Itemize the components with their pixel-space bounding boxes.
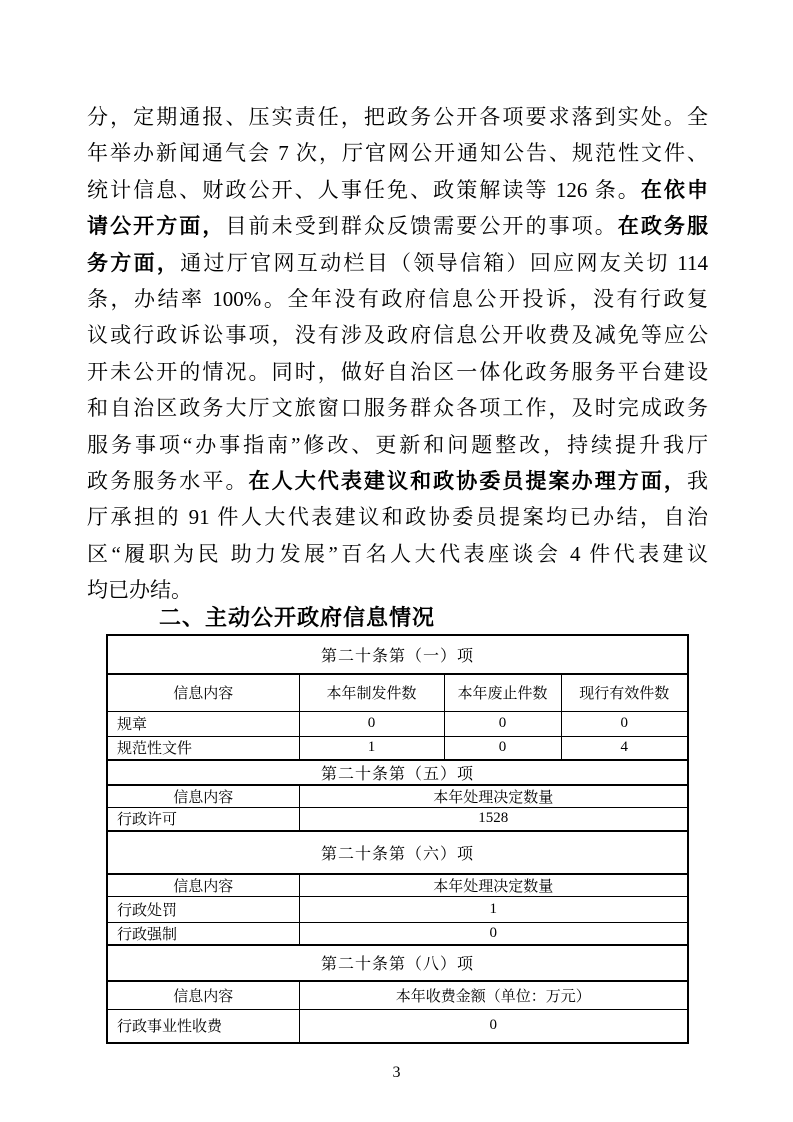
text-segment-bold: 在政务服: [618, 215, 708, 238]
table-col-header: 信息内容: [107, 874, 299, 897]
text-segment-bold: 在人大代表建议和政协委员提案办理方面，: [249, 470, 687, 493]
body-line: 和自治区政务大厅文旅窗口服务群众各项工作，及时完成政务: [87, 390, 708, 426]
table-row: 行政事业性收费 0: [107, 1010, 688, 1043]
table-section-title: 第二十条第（六）项: [107, 831, 688, 874]
table-row: 规范性文件 1 0 4: [107, 736, 688, 760]
text-segment: 通过厅官网互动栏目（领导信箱）回应网友关切 114: [180, 251, 708, 275]
text-segment: 分，定期通报、压实责任，把政务公开各项要求落到实处。全: [87, 105, 708, 129]
table-cell-value: 0: [444, 736, 561, 760]
table-cell-value: 1528: [299, 808, 688, 831]
text-segment: 服务事项“办事指南”修改、更新和问题整改，持续提升我厅: [87, 433, 708, 457]
disclosure-table: 第二十条第（一）项 信息内容 本年制发件数 本年废止件数 现行有效件数 规章 0…: [106, 634, 689, 1044]
table-row: 行政许可 1528: [107, 808, 688, 831]
table-cell-value: 1: [299, 896, 688, 922]
body-line: 区“履职为民 助力发展”百名人大代表座谈会 4 件代表建议: [87, 536, 708, 572]
table-cell-label: 行政处罚: [107, 896, 299, 922]
text-segment: 议或行政诉讼事项，没有涉及政府信息公开收费及减免等应公: [87, 323, 708, 347]
table-cell-value: 1: [299, 736, 444, 760]
page-number: 3: [0, 1064, 793, 1082]
table-cell-value: 4: [561, 736, 688, 760]
text-segment-bold: 请公开方面，: [87, 215, 225, 238]
body-line: 服务事项“办事指南”修改、更新和问题整改，持续提升我厅: [87, 427, 708, 463]
text-segment-bold: 在依申: [641, 179, 708, 202]
text-segment: 均已办结。: [87, 578, 192, 602]
body-line: 务方面，通过厅官网互动栏目（领导信箱）回应网友关切 114: [87, 245, 708, 281]
table-col-header: 本年收费金额（单位：万元）: [299, 981, 688, 1010]
table-col-header: 信息内容: [107, 785, 299, 808]
table-section-title: 第二十条第（五）项: [107, 760, 688, 785]
text-segment-bold: 务方面，: [87, 252, 180, 275]
table-row: 规章 0 0 0: [107, 711, 688, 736]
body-line: 议或行政诉讼事项，没有涉及政府信息公开收费及减免等应公: [87, 317, 708, 353]
text-segment: 年举办新闻通气会 7 次，厅官网公开通知公告、规范性文件、: [87, 141, 708, 165]
text-segment: 和自治区政务大厅文旅窗口服务群众各项工作，及时完成政务: [87, 396, 708, 420]
table-col-header: 现行有效件数: [561, 674, 688, 711]
table-col-header: 信息内容: [107, 674, 299, 711]
body-line: 条，办结率 100%。全年没有政府信息公开投诉，没有行政复: [87, 281, 708, 317]
table-cell-label: 行政强制: [107, 922, 299, 945]
body-line: 厅承担的 91 件人大代表建议和政协委员提案均已办结，自治: [87, 499, 708, 535]
table-col-header: 信息内容: [107, 981, 299, 1010]
table-section-title: 第二十条第（八）项: [107, 945, 688, 981]
text-segment: 条，办结率 100%。全年没有政府信息公开投诉，没有行政复: [87, 287, 708, 311]
table-section-title-row: 第二十条第（五）项: [107, 760, 688, 785]
table-cell-label: 行政许可: [107, 808, 299, 831]
table-cell-label: 行政事业性收费: [107, 1010, 299, 1043]
text-segment: 厅承担的 91 件人大代表建议和政协委员提案均已办结，自治: [87, 505, 708, 529]
table-cell-label: 规范性文件: [107, 736, 299, 760]
table-col-header: 本年废止件数: [444, 674, 561, 711]
table-cell-value: 0: [299, 922, 688, 945]
body-line: 分，定期通报、压实责任，把政务公开各项要求落到实处。全: [87, 99, 708, 135]
text-segment: 区“履职为民 助力发展”百名人大代表座谈会 4 件代表建议: [87, 542, 708, 566]
section-heading: 二、主动公开政府信息情况: [159, 601, 435, 632]
table-header-row: 信息内容 本年收费金额（单位：万元）: [107, 981, 688, 1010]
table-col-header: 本年制发件数: [299, 674, 444, 711]
table-col-header: 本年处理决定数量: [299, 874, 688, 897]
table-section-title-row: 第二十条第（六）项: [107, 831, 688, 874]
table-section-title-row: 第二十条第（一）项: [107, 635, 688, 674]
table-cell-value: 0: [299, 711, 444, 736]
table-header-row: 信息内容 本年处理决定数量: [107, 874, 688, 897]
body-line: 政务服务水平。在人大代表建议和政协委员提案办理方面，我: [87, 463, 708, 499]
table-col-header: 本年处理决定数量: [299, 785, 688, 808]
body-line: 开未公开的情况。同时，做好自治区一体化政务服务平台建设: [87, 354, 708, 390]
text-segment: 我: [687, 469, 708, 493]
table-header-row: 信息内容 本年处理决定数量: [107, 785, 688, 808]
table-row: 行政强制 0: [107, 922, 688, 945]
table-section-title: 第二十条第（一）项: [107, 635, 688, 674]
table-cell-value: 0: [561, 711, 688, 736]
text-segment: 统计信息、财政公开、人事任免、政策解读等 126 条。: [87, 178, 641, 202]
body-line: 年举办新闻通气会 7 次，厅官网公开通知公告、规范性文件、: [87, 135, 708, 171]
table-row: 行政处罚 1: [107, 896, 688, 922]
table-cell-label: 规章: [107, 711, 299, 736]
table-header-row: 信息内容 本年制发件数 本年废止件数 现行有效件数: [107, 674, 688, 711]
document-page: 分，定期通报、压实责任，把政务公开各项要求落到实处。全 年举办新闻通气会 7 次…: [0, 0, 793, 1122]
body-paragraph: 分，定期通报、压实责任，把政务公开各项要求落到实处。全 年举办新闻通气会 7 次…: [87, 99, 708, 608]
body-line: 统计信息、财政公开、人事任免、政策解读等 126 条。在依申: [87, 172, 708, 208]
text-segment: 开未公开的情况。同时，做好自治区一体化政务服务平台建设: [87, 360, 708, 384]
body-line: 请公开方面，目前未受到群众反馈需要公开的事项。在政务服: [87, 208, 708, 244]
text-segment: 目前未受到群众反馈需要公开的事项。: [225, 214, 617, 238]
table-section-title-row: 第二十条第（八）项: [107, 945, 688, 981]
table-cell-value: 0: [444, 711, 561, 736]
text-segment: 政务服务水平。: [87, 469, 249, 493]
table-cell-value: 0: [299, 1010, 688, 1043]
